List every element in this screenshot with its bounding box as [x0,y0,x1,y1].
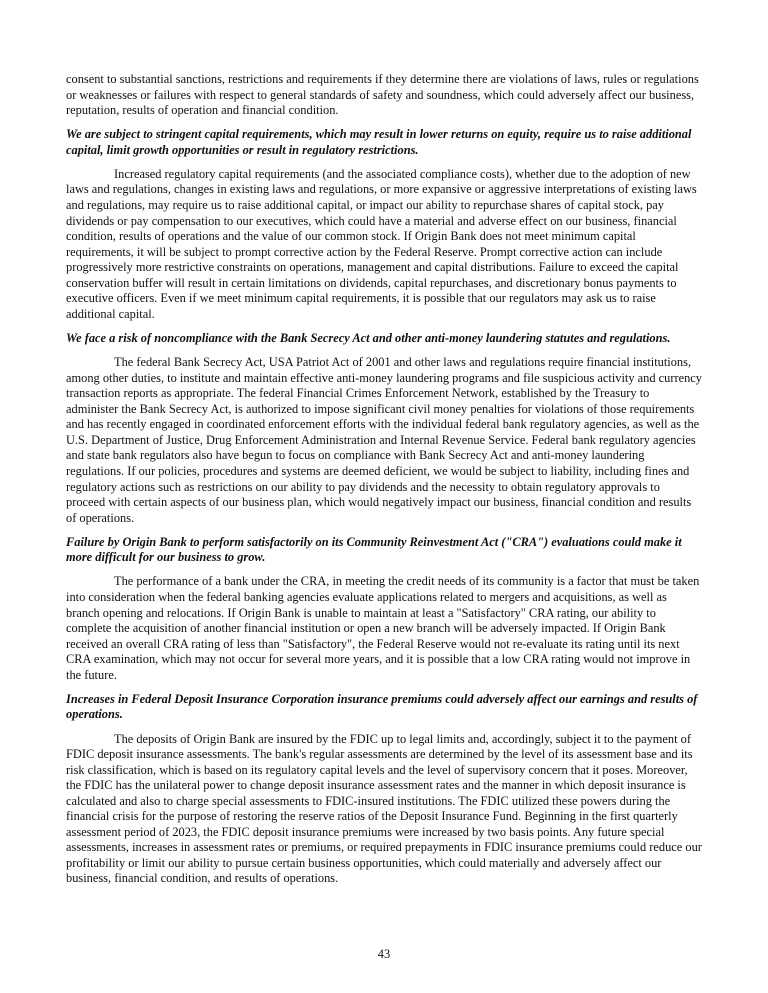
risk-heading-fdic-premiums: Increases in Federal Deposit Insurance C… [66,692,702,723]
page-number: 43 [0,947,768,962]
risk-heading-cra: Failure by Origin Bank to perform satisf… [66,535,702,566]
risk-heading-bank-secrecy-act: We face a risk of noncompliance with the… [66,331,702,347]
body-paragraph-fdic-premiums: The deposits of Origin Bank are insured … [66,732,702,887]
body-paragraph-continuation: consent to substantial sanctions, restri… [66,72,702,119]
body-paragraph-cra: The performance of a bank under the CRA,… [66,574,702,683]
risk-heading-capital-requirements: We are subject to stringent capital requ… [66,127,702,158]
body-paragraph-capital-requirements: Increased regulatory capital requirement… [66,167,702,322]
document-page: consent to substantial sanctions, restri… [66,72,702,896]
body-paragraph-bank-secrecy-act: The federal Bank Secrecy Act, USA Patrio… [66,355,702,526]
